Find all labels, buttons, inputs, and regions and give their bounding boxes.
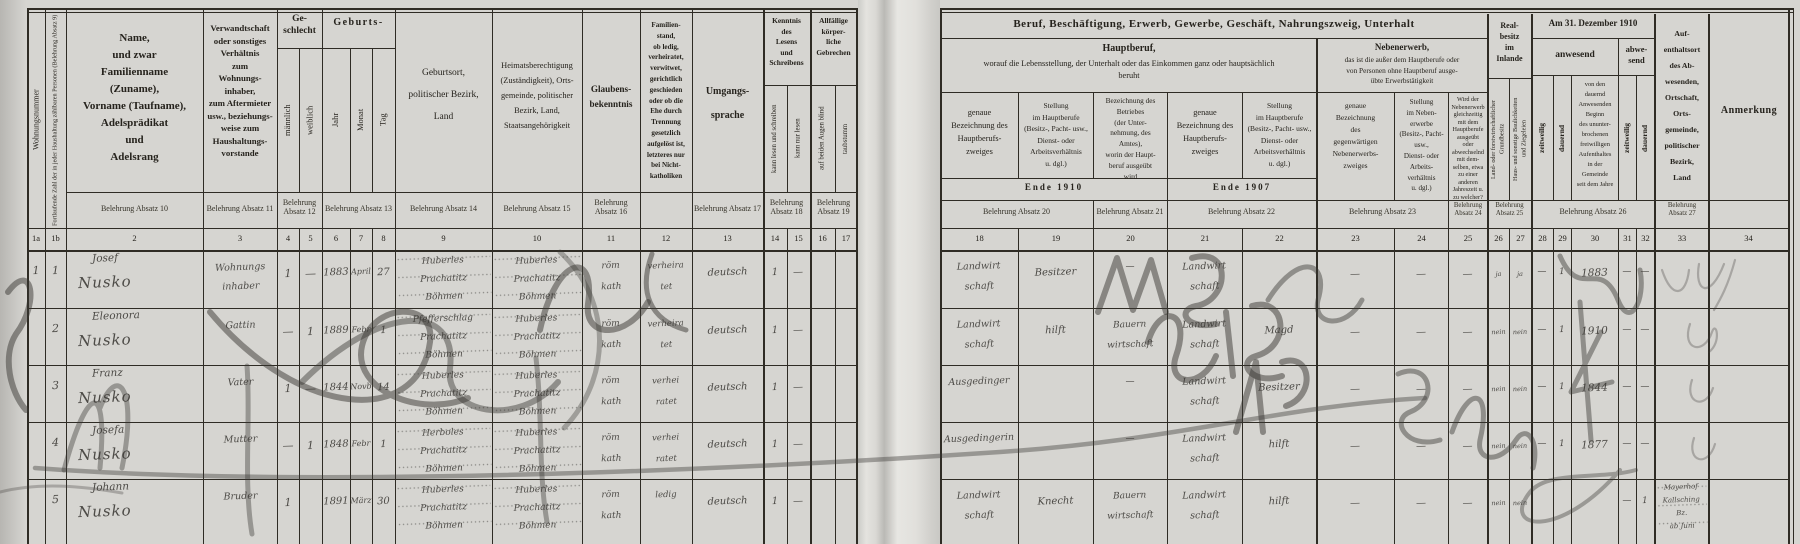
cell-person-number: 5 <box>45 493 66 507</box>
cell-home-right: Huberles Prachatitz Böhmen <box>492 479 582 536</box>
cell-birthplace: Herboles Prachatitz Böhmen <box>395 422 492 479</box>
cell-birth-day: 27 <box>372 267 395 280</box>
cell-reads-only: — <box>787 267 809 280</box>
cell-present-perm: 1 <box>1554 382 1570 393</box>
cell-language: deutsch <box>693 495 762 509</box>
cell-home-right: Huberles Prachatitz Böhmen <box>492 250 582 307</box>
cell-home-right: Huberles Prachatitz Böhmen <box>492 308 582 365</box>
cell-absent-location <box>1656 309 1707 311</box>
cell-house-number <box>27 322 45 323</box>
cell-birth-year: 1844 <box>322 382 350 395</box>
cell-male: — <box>277 439 299 453</box>
cell-side-occupation: — <box>1317 497 1393 512</box>
cell-birth-year: 1883 <box>322 267 350 280</box>
cell-enterprise-1910: Bauern wirtschaft <box>1093 485 1166 527</box>
cell-language: deutsch <box>693 438 762 452</box>
cell-absent-perm: 1 <box>1637 496 1653 507</box>
cell-main-occupation-1907: Landwirt schaft <box>1167 371 1241 414</box>
cell-enterprise-1910: Bauern wirtschaft <box>1093 314 1166 356</box>
cell-marital-status: verheira tet <box>640 255 691 299</box>
cell-male: 1 <box>277 382 299 396</box>
person-row: 2 Eleonora Nusko Gattin — 1 1889 Febr 1 … <box>0 308 1800 365</box>
cell-side-position: — <box>1395 497 1447 511</box>
cell-house-property: ja <box>1510 271 1530 279</box>
cell-reads-writes: 1 <box>764 267 786 280</box>
cell-reads-only: — <box>787 382 809 395</box>
cell-main-occupation-1910: Ausgedingerin <box>941 428 1018 451</box>
cell-relation: Vater <box>204 372 278 394</box>
cell-absent-location <box>1656 366 1707 368</box>
cell-main-occupation-1910: Ausgedinger <box>941 371 1018 394</box>
cell-side-when: — <box>1449 440 1486 453</box>
cell-person-number: 4 <box>45 436 66 450</box>
cell-side-position: — <box>1395 326 1447 340</box>
cell-residence-since: 1877 <box>1572 438 1617 452</box>
cell-side-occupation: — <box>1317 440 1393 455</box>
cell-house-number <box>27 493 45 494</box>
cell-residence-since: 1910 <box>1572 324 1617 338</box>
cell-relation: Bruder <box>204 486 278 508</box>
cell-person-number: 1 <box>45 264 66 278</box>
cell-birth-month: Febr <box>350 325 372 335</box>
person-row: 1 1 Josef Nusko Wohnungs inhaber 1 — 188… <box>0 250 1800 308</box>
cell-birth-month: April <box>350 267 372 277</box>
cell-person-number: 3 <box>45 379 66 393</box>
cell-house-property: nein <box>1510 386 1530 394</box>
cell-absent-perm: — <box>1637 382 1653 393</box>
cell-surname: Nusko <box>78 499 199 521</box>
cell-absent-location <box>1656 251 1707 253</box>
cell-absent-perm: — <box>1637 325 1653 336</box>
cell-position-1907: hilft <box>1243 438 1315 453</box>
cell-birth-year: 1848 <box>322 439 350 452</box>
cell-side-when: — <box>1449 326 1486 339</box>
cell-side-position: — <box>1395 383 1447 397</box>
cell-religion: röm kath <box>582 370 639 414</box>
cell-house-number: 1 <box>27 264 45 278</box>
rows-layer: 1 1 Josef Nusko Wohnungs inhaber 1 — 188… <box>0 0 1800 544</box>
cell-present-perm <box>1554 496 1570 497</box>
cell-birth-day: 30 <box>372 496 395 509</box>
cell-surname: Nusko <box>78 328 199 350</box>
cell-main-occupation-1907: Landwirt schaft <box>1167 314 1241 357</box>
cell-reads-only: — <box>787 439 809 452</box>
cell-land-property: nein <box>1488 443 1509 452</box>
cell-position-1910 <box>1019 381 1092 384</box>
cell-present-temp: — <box>1532 325 1552 336</box>
cell-birth-year: 1891 <box>322 496 350 509</box>
cell-religion: röm kath <box>582 484 639 528</box>
cell-main-occupation-1907: Landwirt schaft <box>1167 428 1241 471</box>
cell-relation: Mutter <box>204 429 278 451</box>
cell-reads-writes: 1 <box>764 496 786 509</box>
cell-female: — <box>299 382 322 396</box>
cell-reads-only: — <box>787 325 809 338</box>
cell-remark <box>1709 431 1787 434</box>
cell-house-property: nein <box>1510 329 1530 337</box>
cell-land-property: nein <box>1488 500 1509 509</box>
cell-male: 1 <box>277 267 299 281</box>
cell-religion: röm kath <box>582 427 639 471</box>
cell-absent-temp: — <box>1619 439 1635 450</box>
cell-person-number: 2 <box>45 322 66 336</box>
cell-present-perm: 1 <box>1554 325 1570 336</box>
cell-surname: Nusko <box>78 270 199 292</box>
cell-present-temp: — <box>1532 382 1552 393</box>
cell-remark <box>1709 259 1787 262</box>
cell-language: deutsch <box>693 324 762 338</box>
cell-first-name: Eleonora <box>92 307 192 323</box>
cell-marital-status: verhei ratet <box>640 427 691 471</box>
cell-main-occupation-1907: Landwirt schaft <box>1167 485 1241 528</box>
cell-relation: Wohnungs inhaber <box>203 257 277 298</box>
cell-side-when: — <box>1449 497 1486 510</box>
cell-main-occupation-1907: Landwirt schaft <box>1167 256 1241 299</box>
cell-position-1910: hilft <box>1019 324 1092 339</box>
cell-female: 1 <box>299 325 322 339</box>
cell-remark <box>1709 317 1787 320</box>
cell-absent-location <box>1656 423 1707 425</box>
cell-language: deutsch <box>693 266 762 280</box>
cell-main-occupation-1910: Landwirt schaft <box>940 485 1017 528</box>
person-row: 4 Josefa Nusko Mutter — 1 1848 Febr 1 He… <box>0 422 1800 479</box>
cell-birth-day: 1 <box>372 325 395 338</box>
cell-present-temp: — <box>1532 439 1552 450</box>
cell-absent-temp: — <box>1619 496 1635 507</box>
cell-enterprise-1910: — <box>1094 428 1167 451</box>
cell-side-when: — <box>1449 383 1486 396</box>
cell-position-1907: hilft <box>1243 495 1315 510</box>
cell-birth-month: Febr <box>350 439 372 449</box>
cell-birth-month: März <box>350 496 372 506</box>
cell-male: 1 <box>277 496 299 510</box>
census-form-scan: Wohnungsnummer Fortlaufende Zahl der in … <box>0 0 1800 544</box>
cell-language: deutsch <box>693 381 762 395</box>
cell-birth-year: 1889 <box>322 325 350 338</box>
cell-main-occupation-1910: Landwirt schaft <box>940 256 1017 299</box>
cell-female: — <box>299 267 322 281</box>
cell-relation: Gattin <box>204 315 278 337</box>
cell-enterprise-1910: — <box>1094 371 1167 394</box>
cell-female: 1 <box>299 439 322 453</box>
cell-absent-perm: — <box>1637 267 1653 278</box>
cell-side-position: — <box>1395 268 1447 282</box>
cell-side-occupation: — <box>1317 326 1393 341</box>
cell-remark <box>1709 374 1787 377</box>
cell-residence-since: 1883 <box>1572 266 1617 280</box>
cell-absent-temp: — <box>1619 325 1635 336</box>
person-row: 5 Johann Nusko Bruder 1 1891 März 30 Hub… <box>0 479 1800 544</box>
cell-marital-status: verheira tet <box>640 313 691 357</box>
cell-land-property: ja <box>1488 271 1509 280</box>
cell-house-number <box>27 436 45 437</box>
cell-position-1910: Besitzer <box>1019 266 1092 281</box>
cell-home-right: Huberles Prachatitz Böhmen <box>492 422 582 479</box>
cell-residence-since: 1844 <box>1572 381 1617 395</box>
cell-present-perm: 1 <box>1554 267 1570 278</box>
cell-land-property: nein <box>1488 329 1509 338</box>
cell-male: — <box>277 325 299 339</box>
cell-present-perm: 1 <box>1554 439 1570 450</box>
cell-surname: Nusko <box>78 442 199 464</box>
cell-residence-since <box>1572 495 1617 497</box>
cell-surname: Nusko <box>78 385 199 407</box>
cell-remark <box>1709 488 1787 491</box>
cell-position-1907: Besitzer <box>1243 381 1315 396</box>
cell-house-number <box>27 379 45 380</box>
cell-reads-writes: 1 <box>764 382 786 395</box>
cell-side-occupation: — <box>1317 383 1393 398</box>
cell-religion: röm kath <box>582 313 639 357</box>
cell-position-1910: Knecht <box>1019 495 1092 510</box>
cell-birthplace: Pfefferschlag Prachatitz Böhmen <box>395 308 492 365</box>
cell-reads-only: — <box>787 496 809 509</box>
cell-first-name: Franz <box>92 364 192 380</box>
cell-position-1910 <box>1019 438 1092 441</box>
cell-female <box>299 496 322 497</box>
cell-absent-temp: — <box>1619 382 1635 393</box>
cell-side-position: — <box>1395 440 1447 454</box>
cell-position-1907 <box>1243 266 1315 269</box>
cell-birth-day: 1 <box>372 439 395 452</box>
cell-house-property: nein <box>1510 443 1530 451</box>
cell-land-property: nein <box>1488 386 1509 395</box>
cell-house-property: nein <box>1510 500 1530 508</box>
cell-birthplace: Huberles Prachatitz Böhmen <box>395 479 492 536</box>
cell-position-1907: Magd <box>1243 324 1315 339</box>
cell-absent-perm: — <box>1637 439 1653 450</box>
cell-birth-month: Novb <box>350 382 372 392</box>
cell-first-name: Josef <box>92 249 192 265</box>
cell-religion: röm kath <box>582 255 639 299</box>
cell-reads-writes: 1 <box>764 439 786 452</box>
cell-main-occupation-1910: Landwirt schaft <box>940 314 1017 357</box>
cell-birthplace: Huberles Prachatitz Böhmen <box>395 365 492 422</box>
cell-side-occupation: — <box>1317 268 1393 283</box>
cell-marital-status: verhei ratet <box>640 370 691 414</box>
cell-home-right: Huberles Prachatitz Böhmen <box>492 365 582 422</box>
cell-present-temp <box>1532 496 1552 497</box>
person-row: 3 Franz Nusko Vater 1 — 1844 Novb 14 Hub… <box>0 365 1800 422</box>
cell-absent-temp: — <box>1619 267 1635 278</box>
cell-absent-location: Mayerhof Kallsching Bz. ab Juni <box>1655 480 1708 534</box>
cell-enterprise-1910: — <box>1094 256 1167 279</box>
cell-reads-writes: 1 <box>764 325 786 338</box>
cell-side-when: — <box>1449 268 1486 281</box>
cell-marital-status: ledig <box>641 484 692 507</box>
cell-first-name: Josefa <box>92 421 192 437</box>
cell-present-temp: — <box>1532 267 1552 278</box>
cell-first-name: Johann <box>92 478 192 494</box>
cell-birthplace: Huberles Prachatitz Böhmen <box>395 250 492 307</box>
cell-birth-day: 14 <box>372 382 395 395</box>
